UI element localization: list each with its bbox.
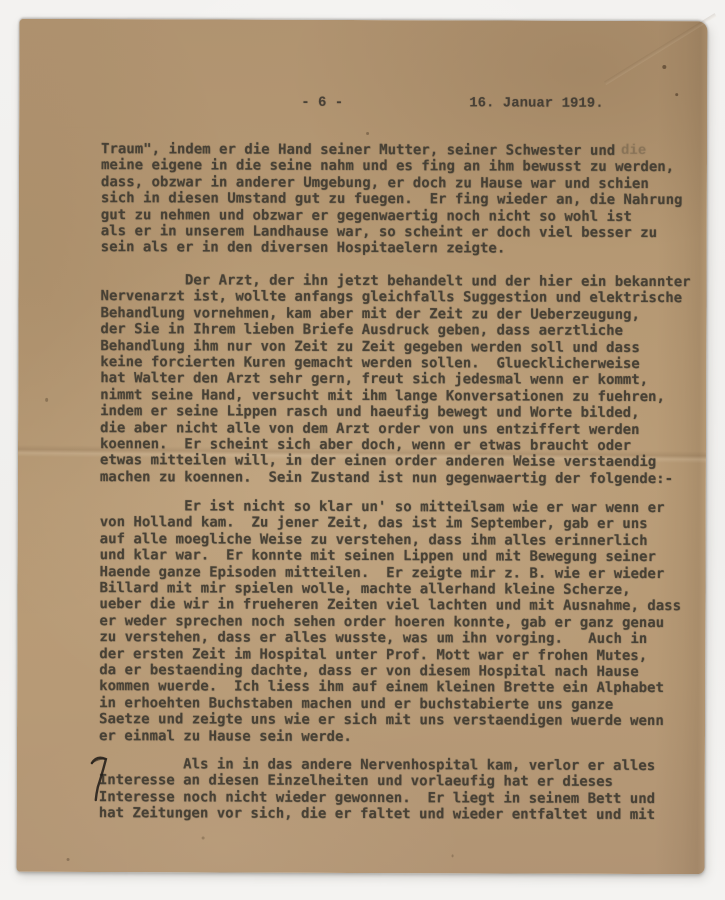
- paper-speck: [662, 65, 666, 69]
- page-number: - 6 -: [301, 95, 343, 111]
- typewritten-paragraph-2: Der Arzt, der ihn jetzt behandelt und de…: [100, 272, 701, 487]
- paper-speck: [45, 398, 48, 402]
- page-header: - 6 - 16. Januar 1919.: [19, 94, 707, 114]
- paper-speck: [452, 854, 454, 857]
- paper-speck: [366, 132, 369, 135]
- paper-speck: [202, 836, 205, 839]
- document-page: - 6 - 16. Januar 1919. Traum", indem er …: [17, 19, 708, 874]
- typewritten-paragraph-1: Traum", indem er die Hand seiner Mutter,…: [101, 141, 701, 258]
- handwritten-ink-mark: [89, 753, 117, 803]
- paper-speck: [67, 858, 70, 861]
- typewritten-paragraph-3: Er ist nicht so klar un' so mitteilsam w…: [99, 498, 700, 746]
- scan-background: - 6 - 16. Januar 1919. Traum", indem er …: [0, 0, 725, 900]
- document-date: 16. Januar 1919.: [469, 95, 603, 111]
- faded-illegible-word: die: [621, 143, 646, 159]
- typewritten-paragraph-4: Als in in das andere Nervenhospital kam,…: [99, 756, 699, 824]
